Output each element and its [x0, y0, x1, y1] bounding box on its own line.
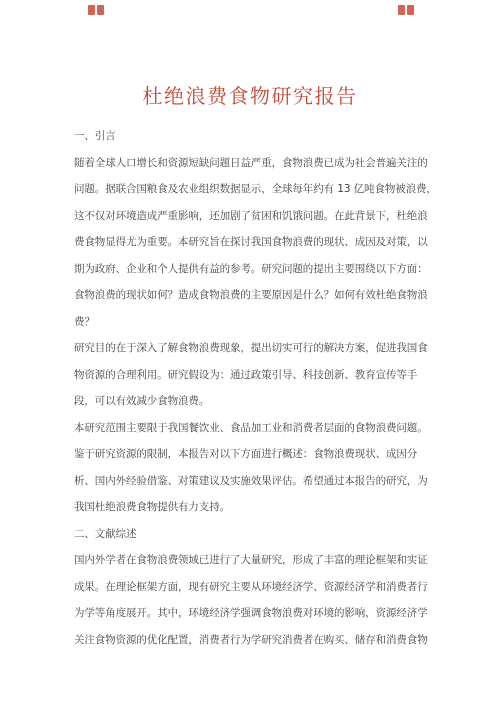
text-line: 我国杜绝浪费食物提供有力支持。: [74, 494, 436, 521]
red-watermark-left-icon: [88, 5, 104, 15]
text-line: 为学等角度展开。其中，环境经济学强调食物浪费对环境的影响，资源经济学: [74, 600, 436, 627]
red-mark-icon: [398, 5, 405, 15]
text-line: 析、国内外经验借鉴、对策建议及实施效果评估。希望通过本报告的研究，为: [74, 468, 436, 495]
text-line: 费食物显得尤为重要。本研究旨在探讨我国食物浪费的现状、成因及对策，以: [74, 229, 436, 256]
text-line: 段，可以有效减少食物浪费。: [74, 388, 436, 415]
text-line: 期为政府、企业和个人提供有益的参考。研究问题的提出主要围绕以下方面：: [74, 256, 436, 283]
red-mark-icon: [88, 5, 95, 15]
section-heading: 一、引言: [74, 123, 436, 150]
text-line: 这不仅对环境造成严重影响，还加剧了贫困和饥饿问题。在此背景下，杜绝浪: [74, 203, 436, 230]
text-line: 关注食物资源的优化配置，消费者行为学研究消费者在购买、储存和消费食物: [74, 627, 436, 654]
document-title: 杜绝浪费食物研究报告: [0, 80, 500, 109]
section-heading: 二、文献综述: [74, 521, 436, 548]
text-line: 食物浪费的现状如何？造成食物浪费的主要原因是什么？如何有效杜绝食物浪: [74, 282, 436, 309]
text-line: 随着全球人口增长和资源短缺问题日益严重，食物浪费已成为社会普遍关注的: [74, 150, 436, 177]
text-line: 本研究范围主要限于我国餐饮业、食品加工业和消费者层面的食物浪费问题。: [74, 415, 436, 442]
text-line: 物资源的合理利用。研究假设为：通过政策引导、科技创新、教育宣传等手: [74, 362, 436, 389]
text-line: 鉴于研究资源的限制，本报告对以下方面进行概述：食物浪费现状、成因分: [74, 441, 436, 468]
text-line: 国内外学者在食物浪费领域已进行了大量研究，形成了丰富的理论框架和实证: [74, 547, 436, 574]
document-body: 一、引言随着全球人口增长和资源短缺问题日益严重，食物浪费已成为社会普遍关注的问题…: [74, 123, 436, 653]
red-mark-icon: [97, 5, 104, 15]
document-page: 杜绝浪费食物研究报告 一、引言随着全球人口增长和资源短缺问题日益严重，食物浪费已…: [0, 0, 500, 707]
text-line: 研究目的在于深入了解食物浪费现象，提出切实可行的解决方案，促进我国食: [74, 335, 436, 362]
text-line: 问题。据联合国粮食及农业组织数据显示，全球每年约有 13 亿吨食物被浪费，: [74, 176, 436, 203]
red-mark-icon: [407, 5, 414, 15]
text-line: 成果。在理论框架方面，现有研究主要从环境经济学、资源经济学和消费者行: [74, 574, 436, 601]
red-watermark-right-icon: [398, 5, 414, 15]
text-line: 费？: [74, 309, 436, 336]
